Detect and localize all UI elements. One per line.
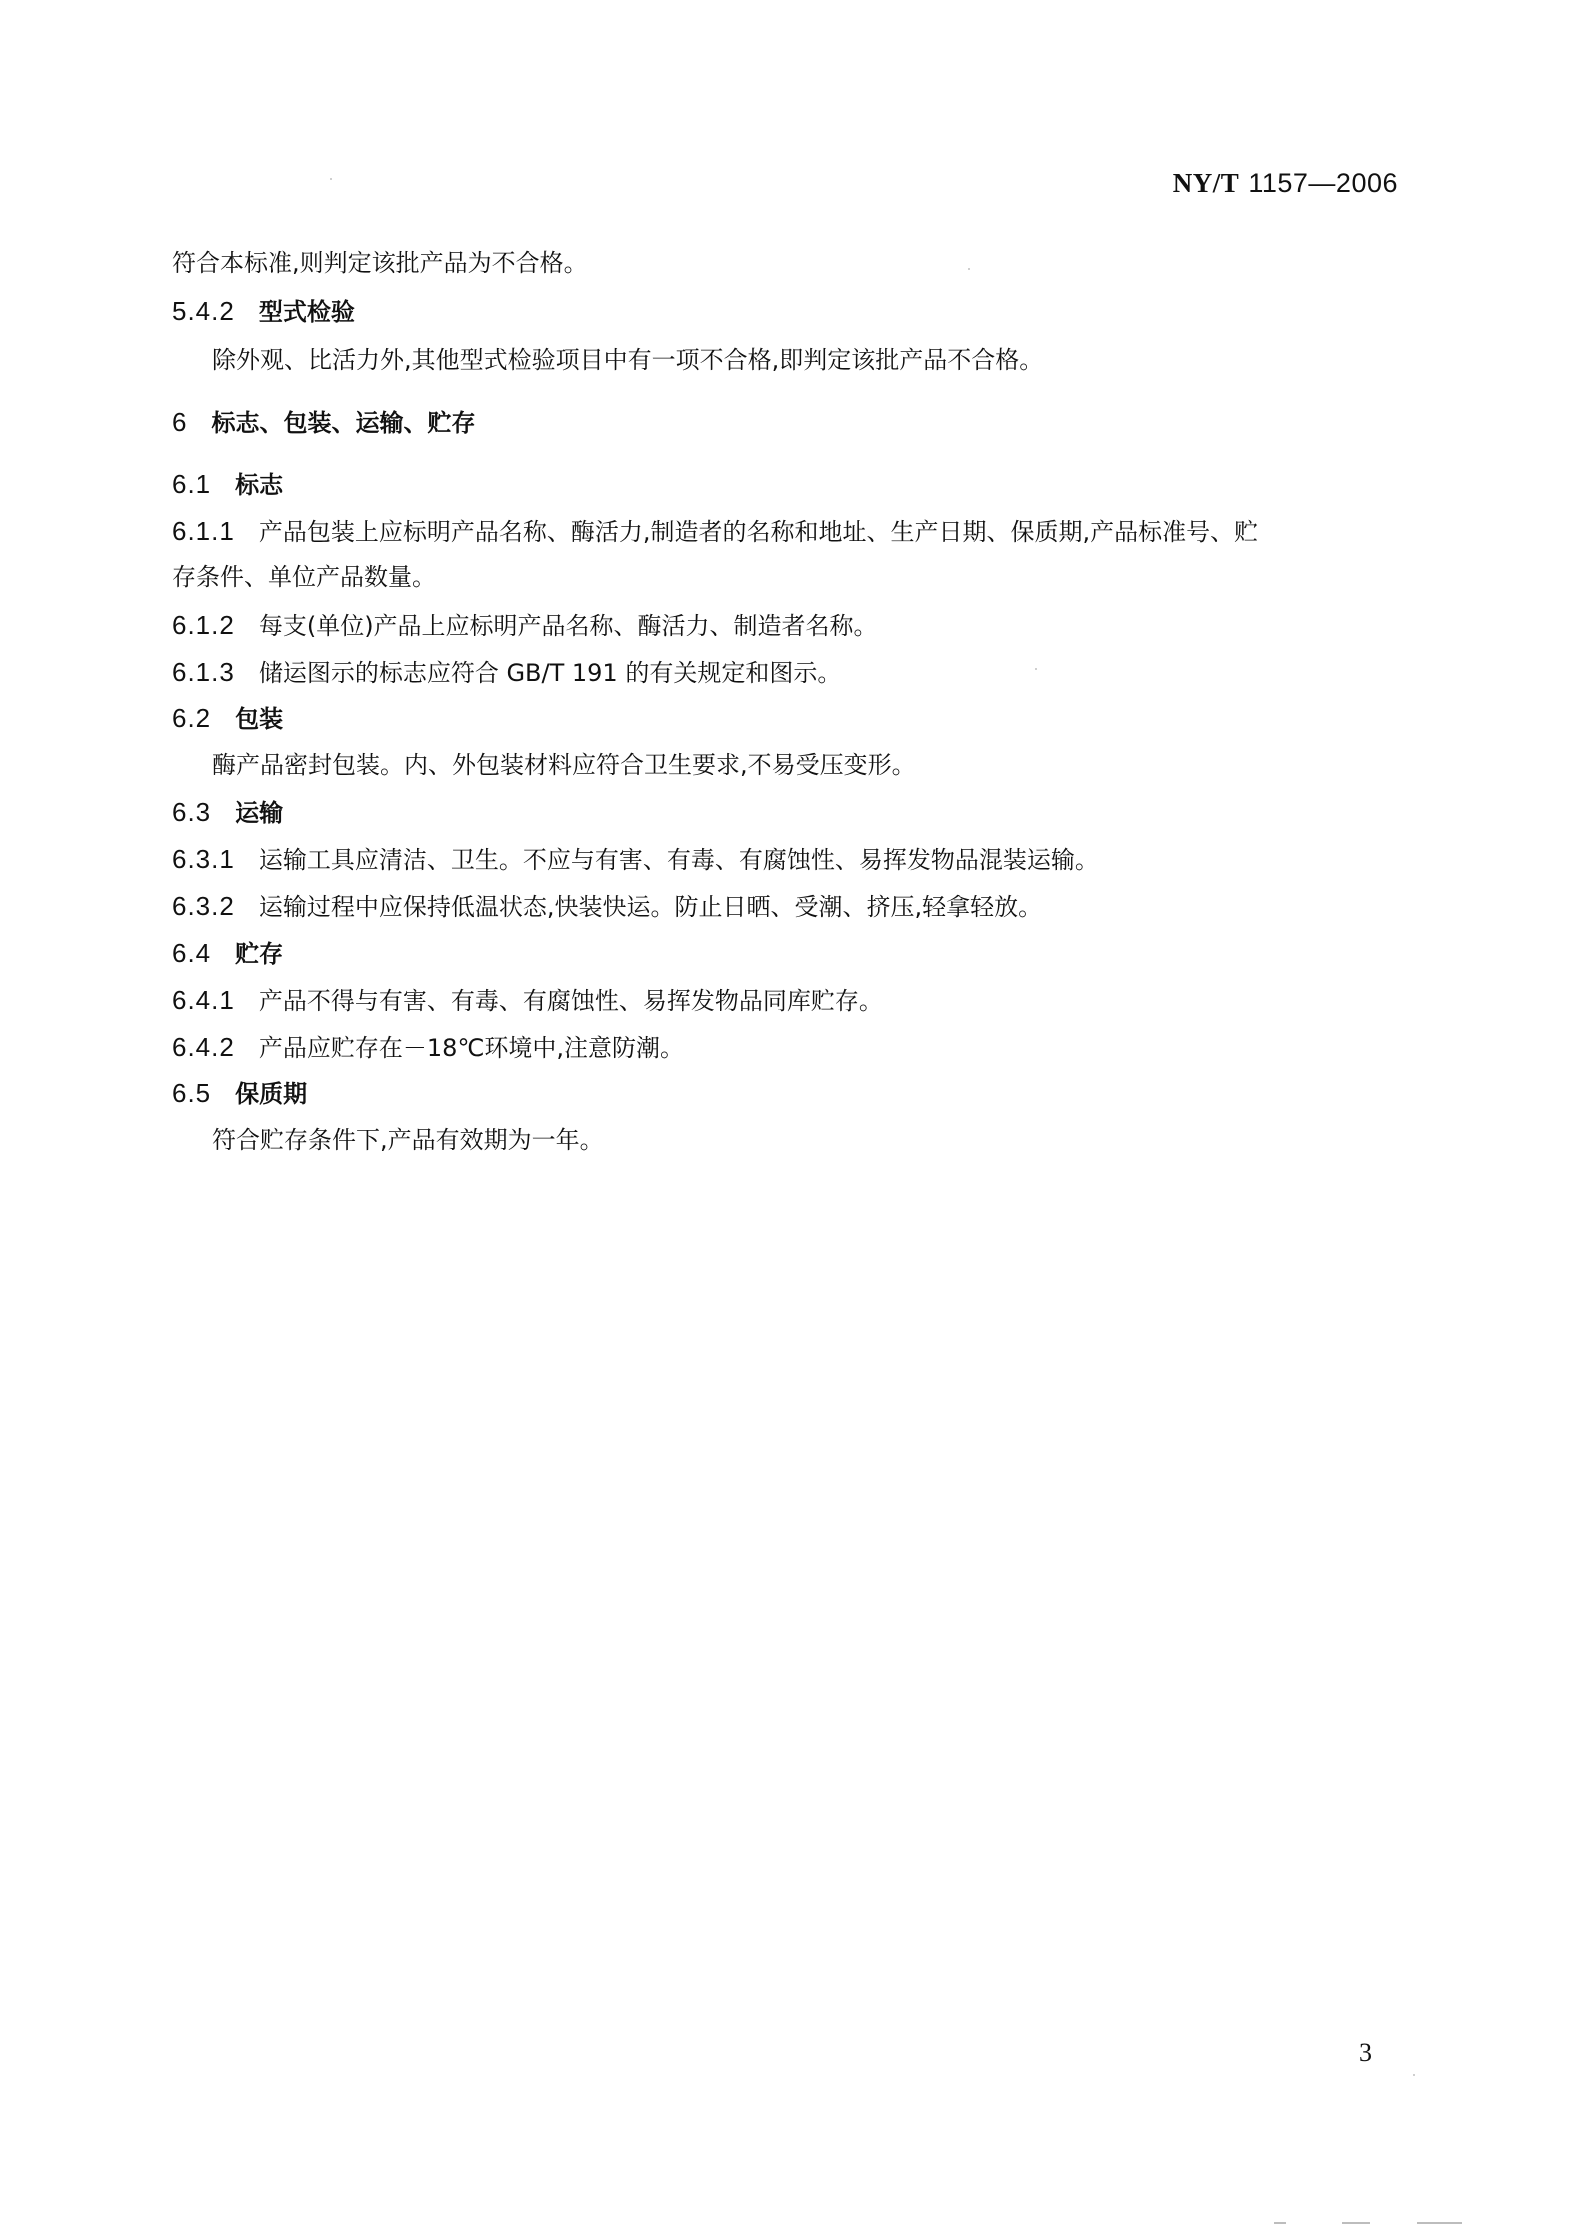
clause-number: 6.1.2 [172,610,235,640]
section-title: 标志、包装、运输、贮存 [211,409,475,437]
clause-6-3-2: 6.3.2运输过程中应保持低温状态,快装快运。防止日晒、受潮、挤压,轻拿轻放。 [172,891,1042,922]
clause-heading-6-5: 6.5保质期 [172,1078,307,1109]
clause-number: 6.4.1 [172,985,235,1015]
clause-title: 包装 [235,705,283,733]
clause-heading-6-2: 6.2包装 [172,703,283,734]
section-heading-6: 6标志、包装、运输、贮存 [172,407,475,438]
section-number: 6 [172,407,187,437]
clause-number: 6.1 [172,469,211,499]
clause-title: 运输 [235,799,283,827]
clause-heading-6-3: 6.3运输 [172,797,283,828]
document-page: NY/T 1157—2006 符合本标准,则判定该批产品为不合格。 5.4.2型… [0,0,1573,2225]
scan-speck [1413,2074,1415,2076]
clause-number: 6.4.2 [172,1032,235,1062]
scan-edge-mark [1274,2222,1286,2224]
continuation-paragraph: 符合本标准,则判定该批产品为不合格。 [172,248,588,278]
clause-6-1-3: 6.1.3储运图示的标志应符合 GB/T 191 的有关规定和图示。 [172,657,841,688]
clause-6-4-2: 6.4.2产品应贮存在－18℃环境中,注意防潮。 [172,1032,684,1063]
clause-title: 型式检验 [259,298,355,326]
clause-title: 贮存 [235,940,283,968]
clause-number: 6.3.1 [172,844,235,874]
clause-number: 6.1.1 [172,516,235,546]
clause-heading-6-1: 6.1标志 [172,469,283,500]
clause-paragraph-5-4-2: 除外观、比活力外,其他型式检验项目中有一项不合格,即判定该批产品不合格。 [212,345,1043,375]
scan-edge-mark [1342,2222,1370,2224]
clause-text: 运输过程中应保持低温状态,快装快运。防止日晒、受潮、挤压,轻拿轻放。 [259,893,1042,921]
scan-speck [330,178,332,180]
page-number: 3 [1359,2038,1372,2068]
clause-heading-5-4-2: 5.4.2型式检验 [172,296,355,327]
clause-paragraph-6-2: 酶产品密封包装。内、外包装材料应符合卫生要求,不易受压变形。 [212,750,916,780]
clause-heading-6-4: 6.4贮存 [172,938,283,969]
clause-number: 6.5 [172,1078,211,1108]
standard-code-header: NY/T 1157—2006 [1173,168,1398,199]
clause-text: 每支(单位)产品上应标明产品名称、酶活力、制造者名称。 [259,612,878,640]
clause-text: 运输工具应清洁、卫生。不应与有害、有毒、有腐蚀性、易挥发物品混装运输。 [259,846,1099,874]
clause-6-1-1-line2: 存条件、单位产品数量。 [172,562,436,592]
clause-text: 储运图示的标志应符合 GB/T 191 的有关规定和图示。 [259,659,842,687]
scan-speck [1035,668,1037,670]
scan-speck [968,268,970,270]
clause-number: 6.4 [172,938,211,968]
clause-text: 产品包装上应标明产品名称、酶活力,制造者的名称和地址、生产日期、保质期,产品标准… [259,518,1258,546]
clause-title: 标志 [235,471,283,499]
standard-prefix: NY/T [1173,168,1240,198]
clause-number: 5.4.2 [172,296,235,326]
clause-number: 6.1.3 [172,657,235,687]
clause-6-1-1-line1: 6.1.1产品包装上应标明产品名称、酶活力,制造者的名称和地址、生产日期、保质期… [172,516,1258,547]
standard-number: 1157—2006 [1248,168,1398,198]
clause-number: 6.2 [172,703,211,733]
clause-text: 产品应贮存在－18℃环境中,注意防潮。 [259,1034,684,1062]
clause-number: 6.3.2 [172,891,235,921]
clause-text: 产品不得与有害、有毒、有腐蚀性、易挥发物品同库贮存。 [259,987,883,1015]
scan-edge-mark [1417,2222,1462,2224]
clause-title: 保质期 [235,1080,307,1108]
clause-6-4-1: 6.4.1产品不得与有害、有毒、有腐蚀性、易挥发物品同库贮存。 [172,985,883,1016]
clause-6-3-1: 6.3.1运输工具应清洁、卫生。不应与有害、有毒、有腐蚀性、易挥发物品混装运输。 [172,844,1099,875]
clause-paragraph-6-5: 符合贮存条件下,产品有效期为一年。 [212,1125,604,1155]
clause-number: 6.3 [172,797,211,827]
clause-6-1-2: 6.1.2每支(单位)产品上应标明产品名称、酶活力、制造者名称。 [172,610,878,641]
